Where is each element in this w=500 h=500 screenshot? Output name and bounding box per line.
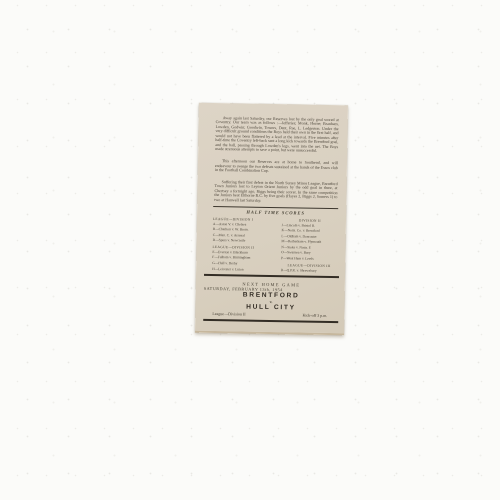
photo-background: Away again last Saturday, our Reserves l… [0,0,500,500]
scores-column-left: LEAGUE—DIVISION I A—Aston V. v. Chelsea … [212,215,282,273]
fixture-row: H—Leicester v. Luton [212,267,281,274]
box-rule-top [204,274,339,279]
programme-page: Away again last Saturday, our Reserves l… [195,103,348,336]
scores-columns: LEAGUE—DIVISION I A—Aston V. v. Chelsea … [212,215,338,274]
fixture-row: R—Q.P.R. v. Shrewsbury [281,268,337,275]
paragraph-reserves-today: This afternoon our Reserves are at home … [215,159,338,175]
next-home-game-box: NEXT HOME GAME SATURDAY, FEBRUARY 13th, … [203,274,339,323]
paragraph-juniors-report: Suffering their first defeat in the Nort… [214,180,337,204]
scores-column-right: DIVISION II J—Lincoln v. Bristol R. K—No… [281,217,338,275]
paragraph-reserves-report: Away again last Saturday, our Reserves l… [215,116,339,154]
club-news-section: Away again last Saturday, our Reserves l… [214,116,339,212]
kickoff-label: Kick-off 3 p.m. [302,313,327,318]
half-time-scores-section: HALF TIME SCORES LEAGUE—DIVISION I A—Ast… [212,206,338,274]
league-label: League—Division II [212,311,245,317]
